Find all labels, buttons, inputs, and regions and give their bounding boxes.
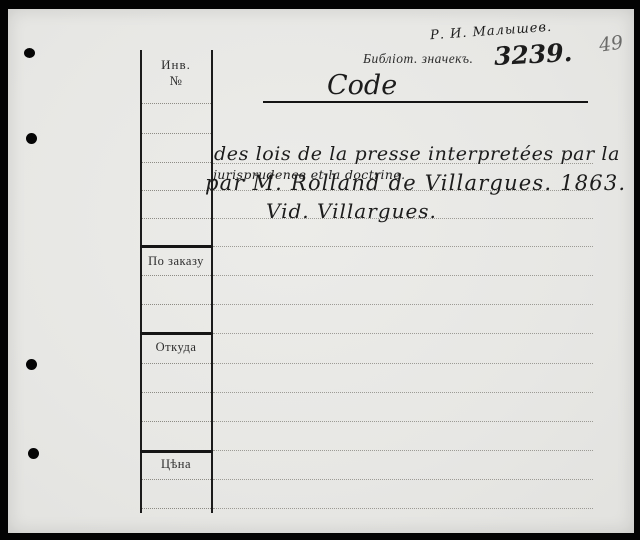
ruling-line	[213, 333, 593, 334]
entry-line-3: par M. Rolland de Villargues. 1863.	[205, 171, 626, 195]
entry-line-4: Vid. Villargues.	[266, 199, 437, 223]
scanned-catalog-card-page: Инв. № По заказу Откуда Цѣна Р. И. Малыш…	[0, 0, 640, 540]
ruling-line	[142, 218, 211, 219]
ruling-line	[213, 304, 593, 305]
ruling-line	[213, 508, 593, 509]
ruling-line	[213, 363, 593, 364]
ruling-line	[213, 392, 593, 393]
section-label-tsena: Цѣна	[140, 457, 212, 472]
ruling-line	[142, 103, 211, 104]
ruling-line	[142, 275, 211, 276]
ruling-line	[213, 479, 593, 480]
ruling-line	[142, 304, 211, 305]
ruling-line	[213, 246, 593, 247]
mark-number-handwriting: 3239.	[493, 38, 573, 71]
title-handwriting: Code	[327, 70, 397, 101]
ruling-line	[213, 450, 593, 451]
entry-line-1: des lois de la presse interpretées par l…	[214, 143, 620, 165]
corner-page-number: 49	[598, 31, 625, 56]
ruling-line	[142, 508, 211, 509]
column-left-border	[140, 50, 142, 513]
ruling-line	[142, 392, 211, 393]
section-divider	[140, 245, 213, 248]
column-right-border	[211, 50, 213, 513]
section-label-po-zakazu: По заказу	[140, 254, 212, 269]
section-divider	[140, 450, 213, 453]
ruling-line	[142, 162, 211, 163]
punch-hole	[26, 133, 37, 144]
ruling-line	[142, 479, 211, 480]
ruling-line	[142, 421, 211, 422]
title-underline	[263, 101, 588, 103]
ruling-line	[142, 133, 211, 134]
punch-hole	[26, 359, 37, 370]
library-mark-label: Библіот. значекъ.	[363, 51, 473, 67]
catalog-card	[8, 9, 634, 533]
ruling-line	[213, 421, 593, 422]
section-divider	[140, 332, 213, 335]
punch-hole	[28, 448, 39, 459]
section-label-otkuda: Откуда	[140, 340, 212, 355]
punch-hole	[24, 48, 35, 58]
ruling-line	[142, 190, 211, 191]
ruling-line	[213, 275, 593, 276]
column-header-inv: Инв.	[140, 57, 212, 73]
column-header-no: №	[140, 73, 212, 89]
ruling-line	[142, 363, 211, 364]
